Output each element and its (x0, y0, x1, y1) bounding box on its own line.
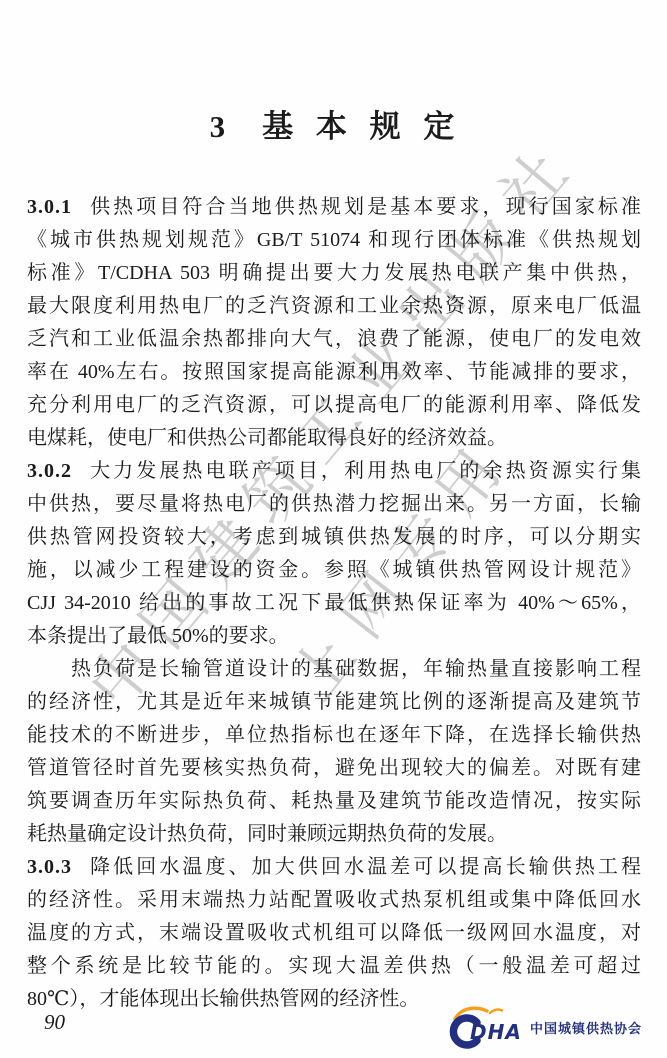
body-line: 3.0.2大力发展热电联产项目，利用热电厂的余热资源实行集 (27, 455, 641, 488)
chapter-title: 3 基 本 规 定 (0, 101, 667, 146)
body-line: 中供热，要尽量将热电厂的供热潜力挖掘出来。另一方面，长输 (27, 488, 641, 521)
body-line: 3.0.3降低回水温度、加大供回水温差可以提高长输供热工程 (27, 851, 641, 884)
clause-number: 3.0.1 (27, 196, 72, 218)
body-text: 3.0.1供热项目符合当地供热规划是基本要求，现行国家标准《城市供热规划规范》G… (27, 191, 641, 1016)
body-line: 《城市供热规划规范》GB/T 51074 和现行团体标准《供热规划 (27, 224, 641, 257)
logo-orange-arc-small (490, 1009, 502, 1013)
body-line: 率在 40%左右。按照国家提高能源利用效率、节能减排的要求， (27, 356, 641, 389)
body-line: 的经济性，尤其是近年来城镇节能建筑比例的逐渐提高及建筑节 (27, 686, 641, 719)
logo-acronym: DHA (470, 1020, 522, 1044)
body-line: 充分利用电厂的乏汽资源，可以提高电厂的能源利用率、降低发 (27, 389, 641, 422)
body-line: 本条提出了最低 50%的要求。 (27, 620, 641, 653)
body-line: CJJ 34-2010 给出的事故工况下最低供热保证率为 40%～65%， (27, 587, 641, 620)
body-line: 耗热量确定设计热负荷，同时兼顾远期热负荷的发展。 (27, 818, 641, 851)
cdha-logo-icon: DHA (440, 1005, 526, 1049)
body-line: 施，以减少工程建设的资金。参照《城镇供热管网设计规范》 (27, 554, 641, 587)
body-line: 筑要调查历年实际热负荷、耗热量及建筑节能改造情况，按实际 (27, 785, 641, 818)
document-page: 中国建筑工业出版社 上网专用 3 基 本 规 定 3.0.1供热项目符合当地供热… (0, 0, 667, 1058)
body-line: 乏汽和工业低温余热都排向大气，浪费了能源，使电厂的发电效 (27, 323, 641, 356)
body-line: 电煤耗，使电厂和供热公司都能取得良好的经济效益。 (27, 422, 641, 455)
clause-number: 3.0.2 (27, 460, 72, 482)
body-line: 管道管径时首先要核实热负荷，避免出现较大的偏差。对既有建 (27, 752, 641, 785)
body-line: 最大限度利用热电厂的乏汽资源和工业余热资源，原来电厂低温 (27, 290, 641, 323)
body-line: 热负荷是长输管道设计的基础数据，年输热量直接影响工程 (27, 653, 641, 686)
body-line: 3.0.1供热项目符合当地供热规划是基本要求，现行国家标准 (27, 191, 641, 224)
body-line: 的经济性。采用末端热力站配置吸收式热泵机组或集中降低回水 (27, 884, 641, 917)
body-line: 温度的方式，末端设置吸收式机组可以降低一级网回水温度，对 (27, 917, 641, 950)
body-line: 供热管网投资较大，考虑到城镇供热发展的时序，可以分期实 (27, 521, 641, 554)
body-line: 能技术的不断进步，单位热指标也在逐年下降，在选择长输供热 (27, 719, 641, 752)
body-line: 标准》T/CDHA 503 明确提出要大力发展热电联产集中供热， (27, 257, 641, 290)
logo-association-name: 中国城镇供热协会 (530, 1018, 642, 1037)
body-line: 整个系统是比较节能的。实现大温差供热（一般温差可超过 (27, 950, 641, 983)
page-number: 90 (44, 1010, 65, 1035)
clause-number: 3.0.3 (27, 856, 72, 878)
cdha-logo: DHA 中国城镇供热协会 (440, 1005, 642, 1049)
